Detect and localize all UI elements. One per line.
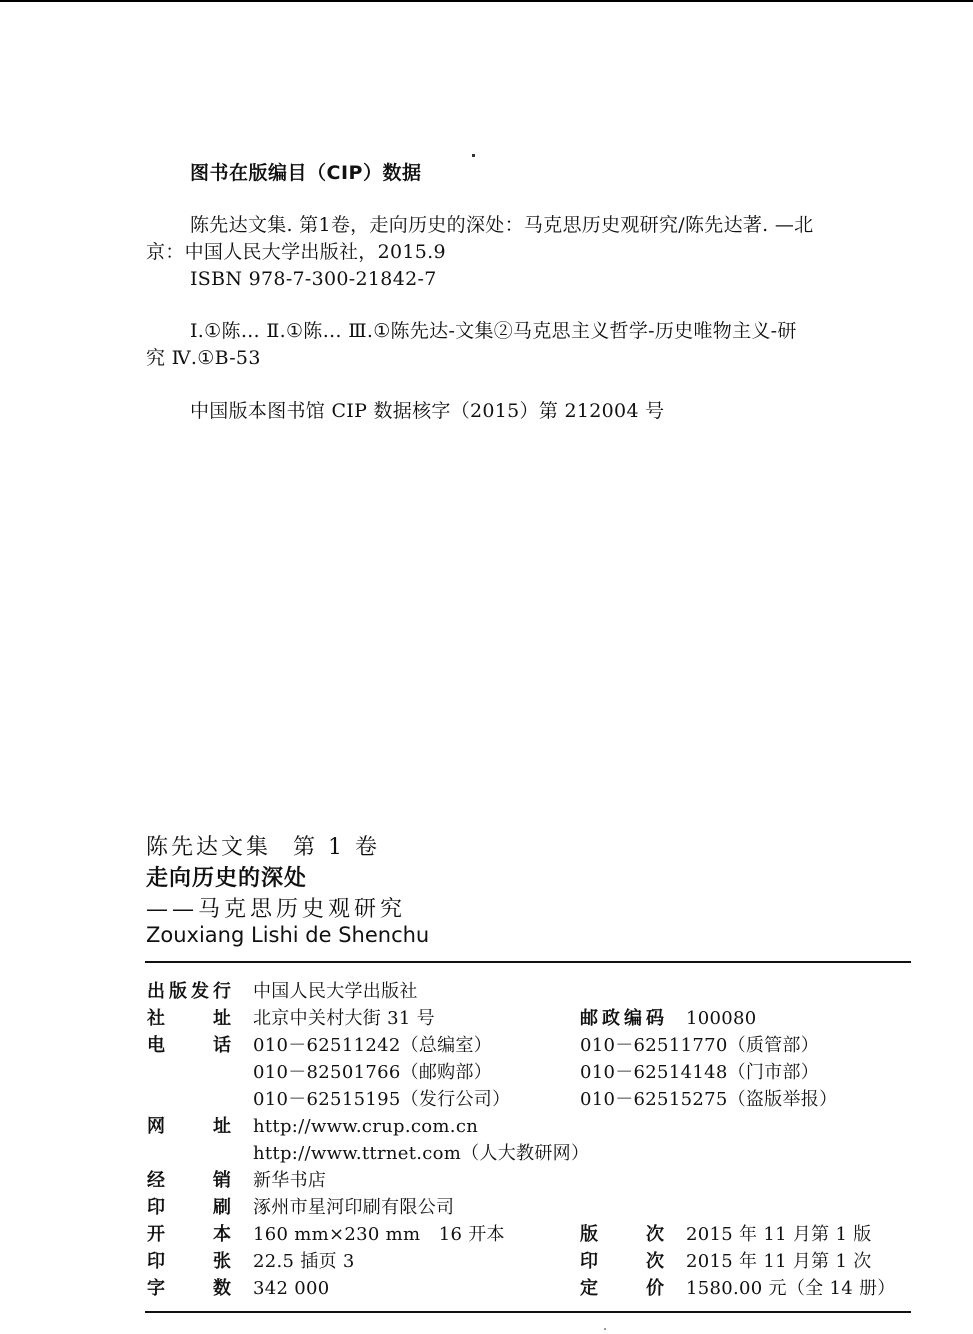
sheets-value: 22.5 插页 3 bbox=[253, 1249, 355, 1275]
book-pinyin-title: Zouxiang Lishi de Shenchu bbox=[146, 923, 429, 954]
colophon-top-rule bbox=[145, 961, 911, 963]
cip-number-text: 中国版本图书馆 CIP 数据核字（2015）第 212004 号 bbox=[146, 398, 908, 425]
phone-editorial: 010－62511242（总编室） bbox=[253, 1033, 492, 1059]
phone-mail-order: 010－82501766（邮购部） bbox=[253, 1060, 492, 1086]
cip-entry-line-2: 京：中国人民大学出版社，2015.9 bbox=[146, 239, 908, 266]
printing-label: 印次 bbox=[580, 1249, 664, 1275]
series-name: 陈先达文集 bbox=[146, 835, 271, 860]
book-subtitle: ——马克思历史观研究 bbox=[146, 892, 429, 923]
scan-artifact-dot bbox=[472, 154, 475, 157]
publisher-label: 出版发行 bbox=[147, 979, 231, 1005]
colophon-bottom-rule bbox=[145, 1311, 911, 1313]
phone-distribution: 010－62515195（发行公司） bbox=[253, 1087, 510, 1113]
price-label: 定价 bbox=[580, 1276, 664, 1302]
price-value: 1580.00 元（全 14 册） bbox=[686, 1276, 896, 1302]
cip-entry-line-1: 陈先达文集. 第1卷，走向历史的深处：马克思历史观研究/陈先达著. —北 bbox=[146, 212, 908, 239]
book-title-block: 陈先达文集第 1 卷 走向历史的深处 ——马克思历史观研究 Zouxiang L… bbox=[146, 830, 429, 954]
distributor-label: 经销 bbox=[147, 1168, 231, 1194]
volume-number: 第 1 卷 bbox=[293, 835, 380, 860]
printing-value: 2015 年 11 月第 1 次 bbox=[686, 1249, 872, 1275]
address-value: 北京中关村大街 31 号 bbox=[253, 1006, 435, 1032]
series-line: 陈先达文集第 1 卷 bbox=[146, 830, 429, 861]
cip-subject-headings: Ⅰ.①陈… Ⅱ.①陈… Ⅲ.①陈先达-文集②马克思主义哲学-历史唯物主义-研 究… bbox=[146, 318, 908, 372]
phone-quality: 010－62511770（质管部） bbox=[580, 1033, 819, 1059]
book-title: 走向历史的深处 bbox=[146, 861, 429, 892]
word-count-label: 字数 bbox=[147, 1276, 231, 1302]
website-link-crup[interactable]: http://www.crup.com.cn bbox=[253, 1114, 478, 1140]
page-top-border bbox=[0, 0, 973, 2]
edition-label: 版次 bbox=[580, 1222, 664, 1248]
cip-subjects-line-1: Ⅰ.①陈… Ⅱ.①陈… Ⅲ.①陈先达-文集②马克思主义哲学-历史唯物主义-研 bbox=[146, 318, 908, 345]
website-label: 网址 bbox=[147, 1114, 231, 1140]
phone-label: 电话 bbox=[147, 1033, 231, 1059]
scan-artifact-dot bbox=[604, 1328, 606, 1330]
format-label: 开本 bbox=[147, 1222, 231, 1248]
phone-retail: 010－62514148（门市部） bbox=[580, 1060, 819, 1086]
distributor-value: 新华书店 bbox=[253, 1168, 326, 1194]
cip-catalog-entry: 陈先达文集. 第1卷，走向历史的深处：马克思历史观研究/陈先达著. —北 京：中… bbox=[146, 212, 908, 293]
word-count-value: 342 000 bbox=[253, 1276, 330, 1302]
format-value: 160 mm×230 mm 16 开本 bbox=[253, 1222, 505, 1248]
sheets-label: 印张 bbox=[147, 1249, 231, 1275]
cip-subjects-line-2: 究 Ⅳ.①B-53 bbox=[146, 345, 908, 372]
printer-value: 涿州市星河印刷有限公司 bbox=[253, 1195, 454, 1221]
edition-value: 2015 年 11 月第 1 版 bbox=[686, 1222, 872, 1248]
printer-label: 印刷 bbox=[147, 1195, 231, 1221]
cip-number: 中国版本图书馆 CIP 数据核字（2015）第 212004 号 bbox=[146, 398, 908, 425]
website-link-ttrnet[interactable]: http://www.ttrnet.com（人大教研网） bbox=[253, 1141, 589, 1167]
cip-isbn: ISBN 978-7-300-21842-7 bbox=[146, 266, 908, 293]
publisher-value: 中国人民大学出版社 bbox=[253, 979, 418, 1005]
postcode-value: 100080 bbox=[686, 1006, 757, 1032]
address-label: 社址 bbox=[147, 1006, 231, 1032]
cip-heading: 图书在版编目（CIP）数据 bbox=[190, 158, 421, 185]
postcode-label: 邮政编码 bbox=[580, 1006, 664, 1032]
phone-piracy-report: 010－62515275（盗版举报） bbox=[580, 1087, 837, 1113]
